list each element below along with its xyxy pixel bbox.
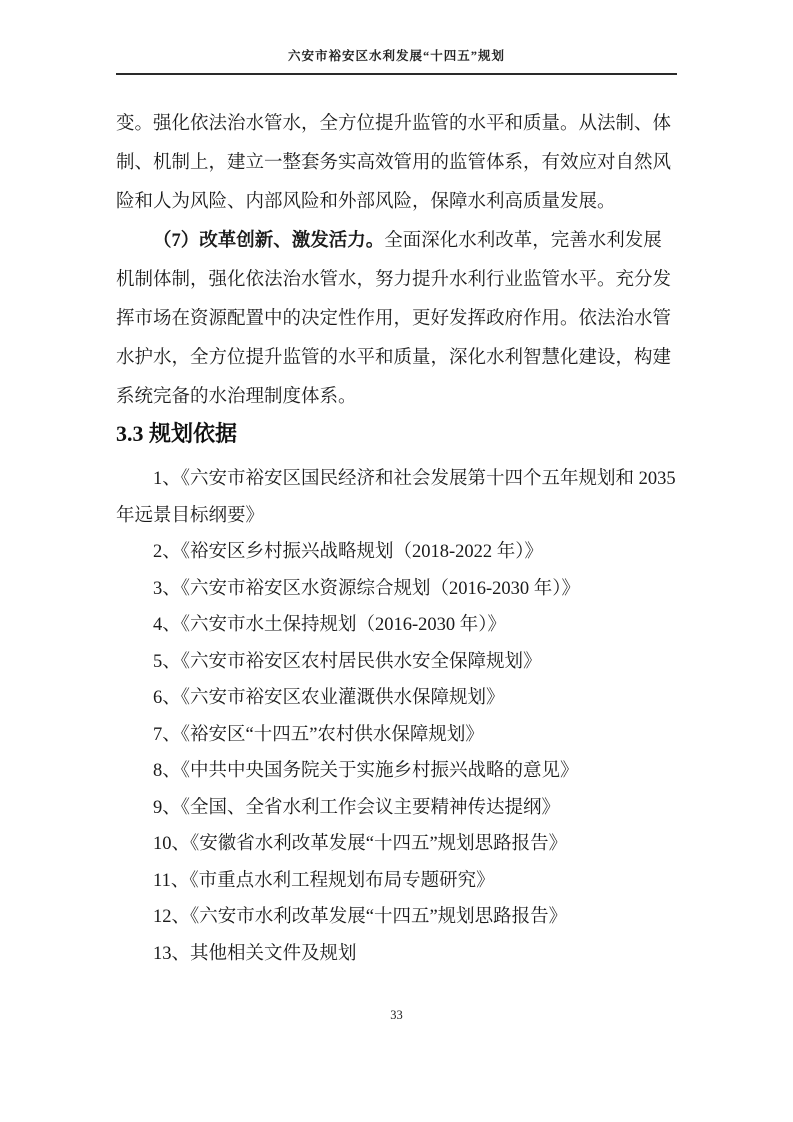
- header-divider: [116, 73, 677, 75]
- document-body: 变。强化依法治水管水，全方位提升监管的水平和质量。从法制、体 制、机制上，建立一…: [116, 105, 677, 972]
- paragraph-item-7: （7）改革创新、激发活力。全面深化水利改革，完善水利发展 机制体制，强化依法治水…: [116, 222, 677, 417]
- list-item: 11、《市重点水利工程规划布局专题研究》: [116, 863, 677, 900]
- page-header: 六安市裕安区水利发展“十四五”规划: [116, 0, 677, 65]
- paragraph-bold-lead: （7）改革创新、激发活力。: [153, 231, 384, 251]
- section-heading: 3.3 规划依据: [116, 421, 677, 447]
- paragraph-continuation: 变。强化依法治水管水，全方位提升监管的水平和质量。从法制、体 制、机制上，建立一…: [116, 105, 677, 222]
- list-item: 2、《裕安区乡村振兴战略规划（2018-2022 年）》: [116, 534, 677, 571]
- list-item: 7、《裕安区“十四五”农村供水保障规划》: [116, 717, 677, 754]
- reference-list: 1、《六安市裕安区国民经济和社会发展第十四个五年规划和 2035 年远景目标纲要…: [116, 461, 677, 972]
- list-item: 10、《安徽省水利改革发展“十四五”规划思路报告》: [116, 826, 677, 863]
- page-number: 33: [0, 1008, 793, 1023]
- document-page: 六安市裕安区水利发展“十四五”规划 变。强化依法治水管水，全方位提升监管的水平和…: [0, 0, 793, 1122]
- list-item: 12、《六安市水利改革发展“十四五”规划思路报告》: [116, 899, 677, 936]
- list-item: 4、《六安市水土保持规划（2016-2030 年）》: [116, 607, 677, 644]
- paragraph-body-text: 全面深化水利改革，完善水利发展 机制体制，强化依法治水管水，努力提升水利行业监管…: [116, 231, 671, 407]
- list-item: 8、《中共中央国务院关于实施乡村振兴战略的意见》: [116, 753, 677, 790]
- list-item: 1、《六安市裕安区国民经济和社会发展第十四个五年规划和 2035 年远景目标纲要…: [116, 461, 677, 534]
- header-title: 六安市裕安区水利发展“十四五”规划: [288, 49, 505, 63]
- list-item: 5、《六安市裕安区农村居民供水安全保障规划》: [116, 644, 677, 681]
- list-item: 6、《六安市裕安区农业灌溉供水保障规划》: [116, 680, 677, 717]
- list-item: 13、其他相关文件及规划: [116, 936, 677, 973]
- list-item: 9、《全国、全省水利工作会议主要精神传达提纲》: [116, 790, 677, 827]
- list-item: 3、《六安市裕安区水资源综合规划（2016-2030 年）》: [116, 571, 677, 608]
